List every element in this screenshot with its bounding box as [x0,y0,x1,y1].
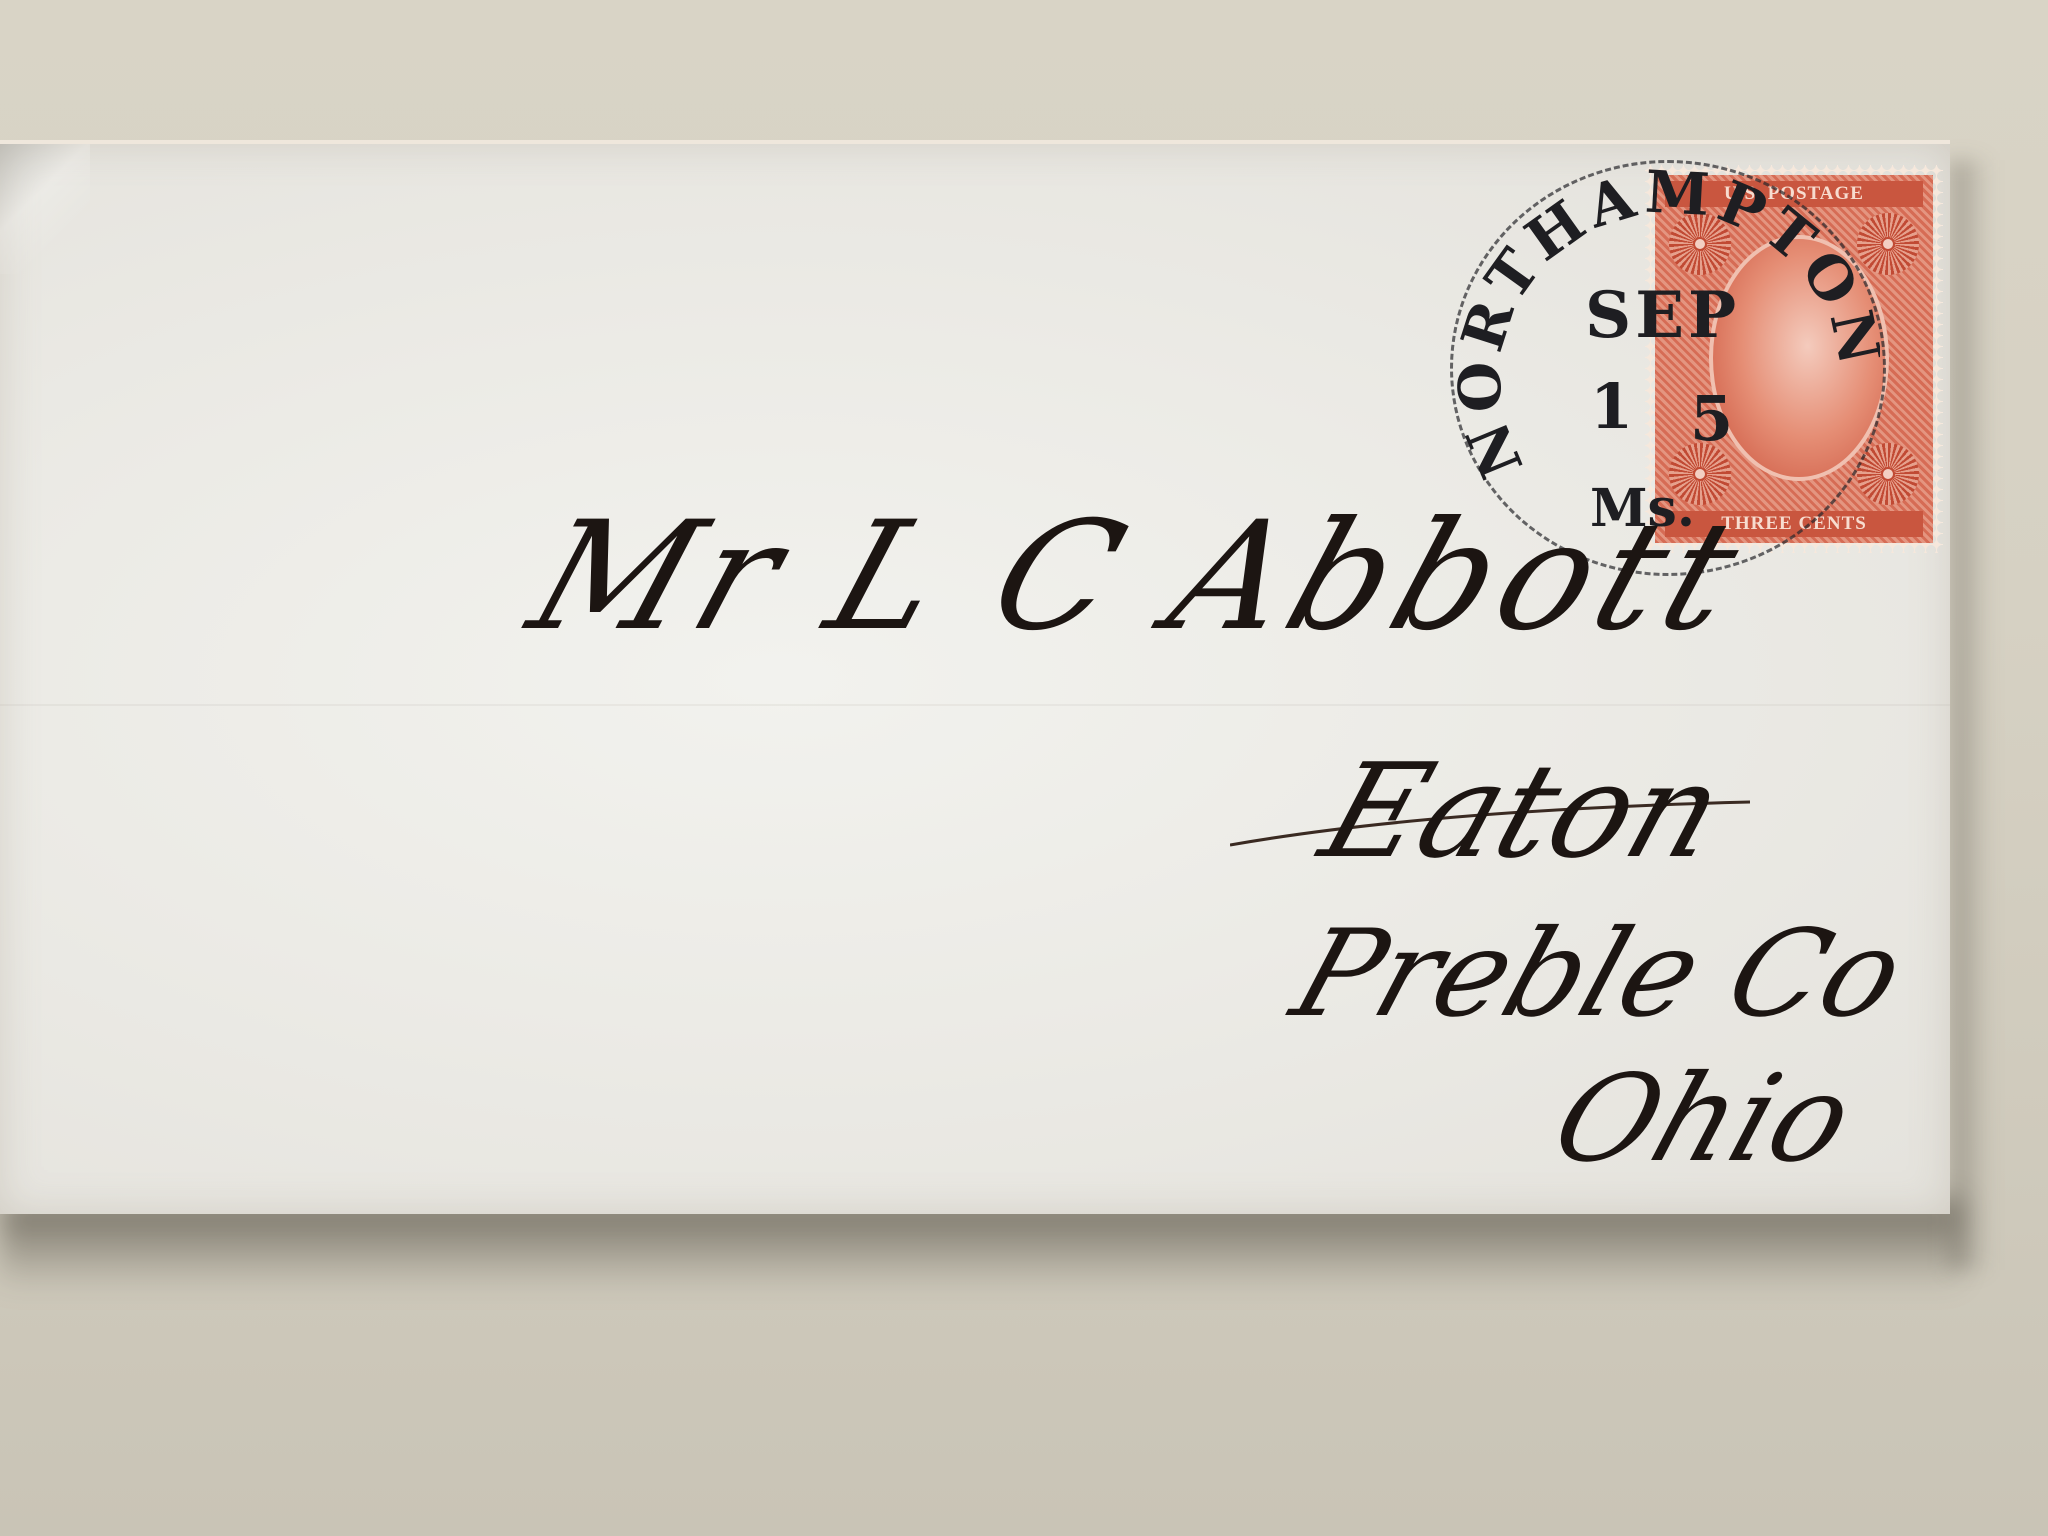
envelope-fold [0,704,1950,706]
postmark-day-digit: 5 [1690,382,1733,455]
envelope-shadow-right [1950,160,1990,1270]
postmark-day-digit: 1 [1590,370,1633,443]
address-recipient: Mr L C Abbott [512,490,1766,664]
envelope-crease [0,144,90,274]
address-state: Ohio [1537,1050,1868,1189]
postmark-month: SEP [1585,278,1740,353]
address-county: Preble Co [1277,905,1920,1044]
address-city: Eaton [1305,735,1741,887]
